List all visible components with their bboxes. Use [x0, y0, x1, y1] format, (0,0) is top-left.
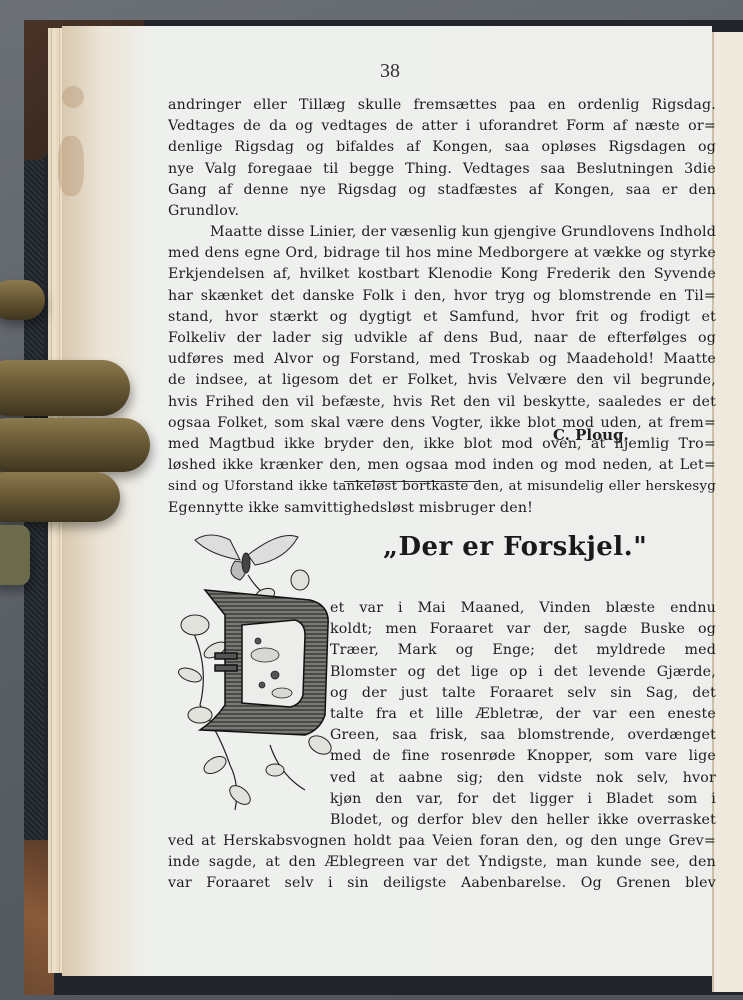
text-line: Green, saa frisk, saa blomstrende, overd…	[330, 725, 716, 746]
text-line: med de fine rosenrøde Knopper, som vare …	[330, 746, 716, 767]
text-line: Blodet, og derfor blev den heller ikke o…	[330, 810, 716, 831]
text-line: koldt; men Foraaret var der, sagde Buske…	[330, 619, 716, 640]
text-line: har skænket det danske Folk i den, hvor …	[168, 286, 716, 307]
text-line: ogsaa Folket, som skal være dens Vogter,…	[168, 413, 716, 434]
text-line: denlige Rigsdag og bifaldes af Kongen, s…	[168, 137, 716, 158]
paragraph-constitution-end: andringer eller Tillæg skulle fremsættes…	[168, 95, 716, 222]
text-line: talte fra et lille Æbletræ, der var een …	[330, 704, 716, 725]
text-line: de indsee, at ligesom det er Folket, hvi…	[168, 370, 716, 391]
text-line: hvis Frihed den vil befæste, hvis Ret de…	[168, 392, 716, 413]
floral-initial-d-icon	[170, 525, 335, 815]
text-line: ved at aabne sig; den vidste nok selv, h…	[330, 768, 716, 789]
author-signature: C. Ploug.	[553, 426, 629, 444]
text-line: nye Valg foregaae til begge Thing. Vedta…	[168, 159, 716, 180]
hand-base	[0, 525, 30, 585]
text-line: ved at Herskabsvognen holdt paa Veien fo…	[168, 831, 716, 852]
text-line: Erkjendelsen af, hvilket kostbart Klenod…	[168, 264, 716, 285]
text-line: inde sagde, at den Æblegreen var det Ynd…	[168, 852, 716, 873]
story-paragraph-full: ved at Herskabsvognen holdt paa Veien fo…	[168, 831, 716, 895]
text-line: med dens egne Ord, bidrage til hos mine …	[168, 243, 716, 264]
hand-finger	[0, 360, 130, 416]
story-paragraph-indented: et var i Mai Maaned, Vinden blæste endnu…	[330, 598, 716, 831]
text-line: et var i Mai Maaned, Vinden blæste endnu	[330, 598, 716, 619]
page-number: 38	[370, 60, 410, 83]
story-title: „Der er Forskjel."	[383, 532, 647, 562]
text-line: Folkeliv der lader sig udvikle af dens B…	[168, 328, 716, 349]
text-line: stand, hvor stærkt og dygtigt et Samfund…	[168, 307, 716, 328]
text-line: med Magtbud ikke bryder den, ikke blot m…	[168, 434, 716, 455]
section-divider	[344, 481, 480, 482]
water-stain	[58, 136, 84, 196]
hand-finger	[0, 418, 150, 472]
text-line: Maatte disse Linier, der væsenlig kun gj…	[168, 222, 716, 243]
text-line: Egennytte ikke samvittighedsløst misbrug…	[168, 498, 716, 519]
text-line: var Foraaret selv i sin deiligste Aabenb…	[168, 873, 716, 894]
text-line: Træer, Mark og Enge; det myldrede med	[330, 640, 716, 661]
text-line: Blomster og det lige op i det levende Gj…	[330, 662, 716, 683]
text-line: andringer eller Tillæg skulle fremsættes…	[168, 95, 716, 116]
text-line: sind og Uforstand ikke tankeløst bortkas…	[168, 476, 716, 497]
facing-page-edge	[712, 32, 743, 992]
water-stain	[62, 86, 84, 108]
hand-knuckle	[0, 280, 45, 320]
text-line: Gang af denne nye Rigsdag og stadfæstes …	[168, 180, 716, 201]
ornamental-initial	[170, 525, 335, 815]
text-line: Vedtages de da og vedtages de atter i uf…	[168, 116, 716, 137]
text-line: kjøn den var, for det ligger i Bladet so…	[330, 789, 716, 810]
hand-finger	[0, 472, 120, 522]
paragraph-closing-remarks: Maatte disse Linier, der væsenlig kun gj…	[168, 222, 716, 519]
text-line: og der just talte Foraaret selv sin Sag,…	[330, 683, 716, 704]
text-line: udføres med Alvor og Forstand, med Trosk…	[168, 349, 716, 370]
brass-hand-page-holder	[0, 250, 160, 580]
text-line: løshed ikke krænker den, men ogsaa mod i…	[168, 455, 716, 476]
text-line: Grundlov.	[168, 201, 716, 222]
